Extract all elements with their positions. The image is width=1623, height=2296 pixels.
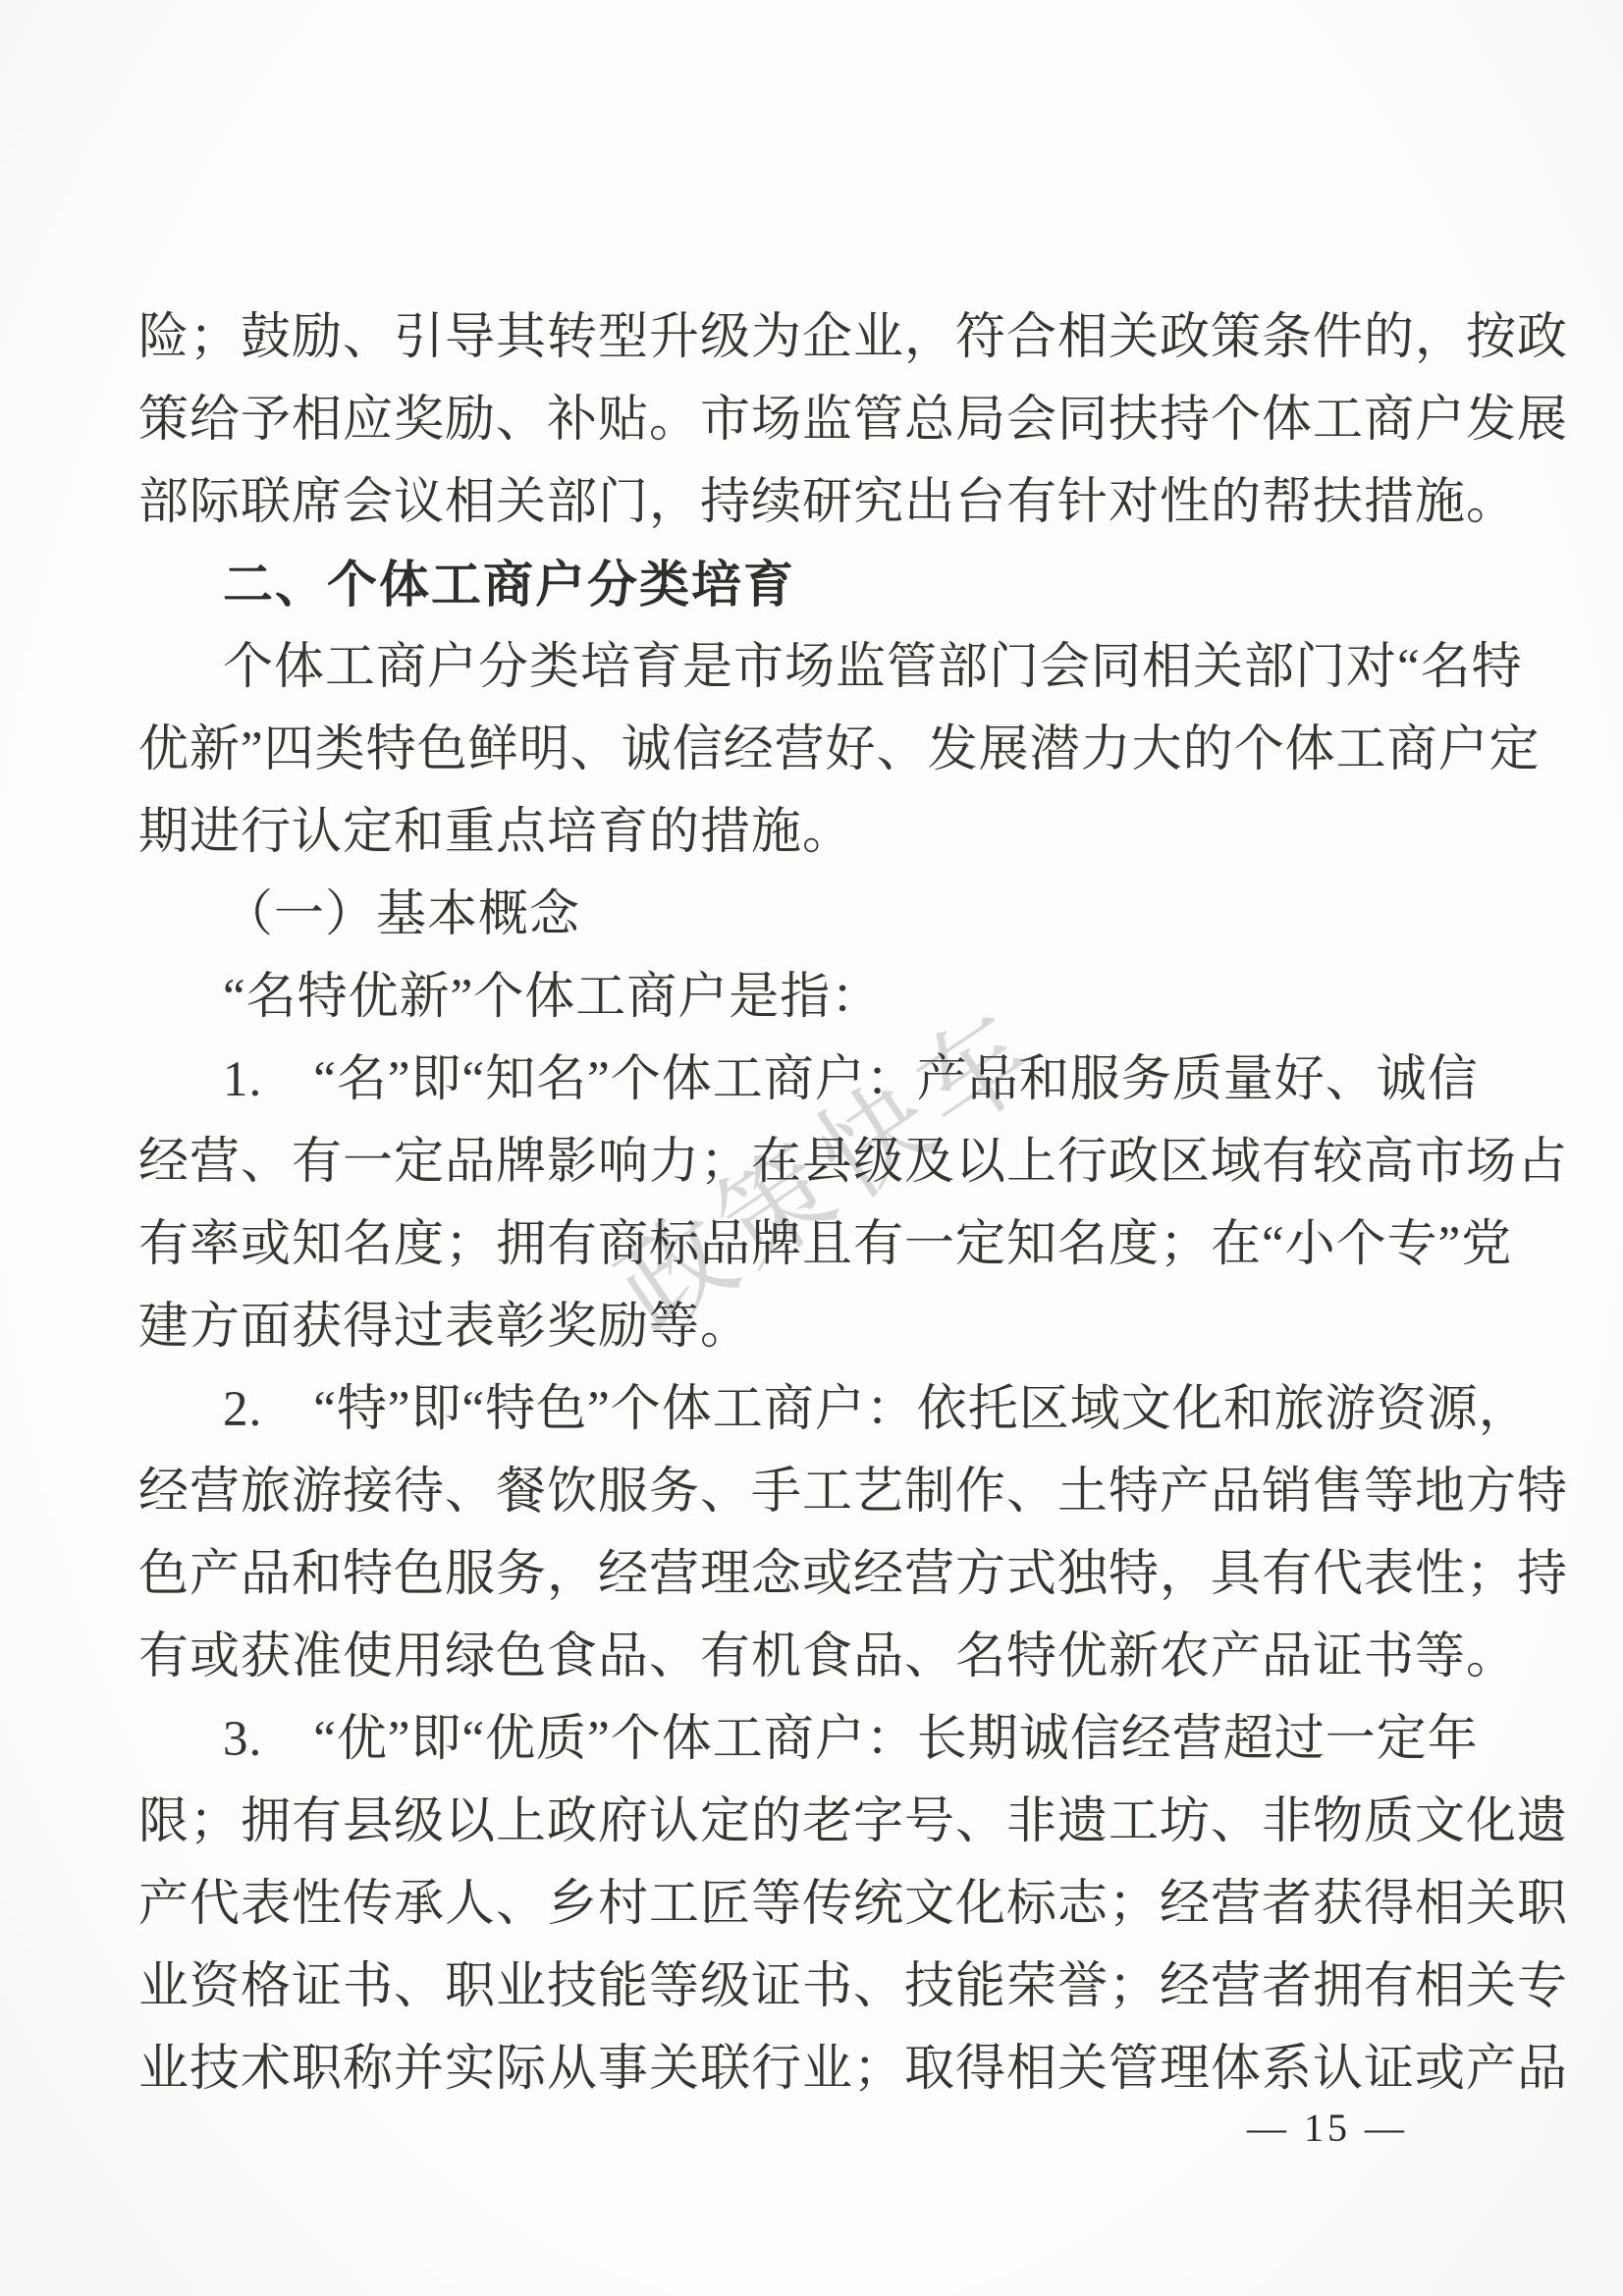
section-heading: 二、个体工商户分类培育 bbox=[138, 544, 1486, 626]
text-line: 建方面获得过表彰奖励等。 bbox=[138, 1286, 1486, 1368]
text-line: 策给予相应奖励、补贴。市场监管总局会同扶持个体工商户发展 bbox=[138, 379, 1486, 461]
text-line: 产代表性传承人、乡村工匠等传统文化标志；经营者获得相关职 bbox=[138, 1863, 1486, 1946]
text-line: 有或获准使用绿色食品、有机食品、名特优新农产品证书等。 bbox=[138, 1616, 1486, 1698]
text-line: 3. “优”即“优质”个体工商户：长期诚信经营超过一定年 bbox=[138, 1698, 1486, 1781]
text-line: 有率或知名度；拥有商标品牌且有一定知名度；在“小个专”党 bbox=[138, 1203, 1486, 1286]
text-line: 期进行认定和重点培育的措施。 bbox=[138, 791, 1486, 874]
text-line: 险；鼓励、引导其转型升级为企业，符合相关政策条件的，按政 bbox=[138, 296, 1486, 379]
subsection-heading: （一）基本概念 bbox=[138, 874, 1486, 956]
text-line: 业技术职称并实际从事关联行业；取得相关管理体系认证或产品 bbox=[138, 2028, 1486, 2110]
document-page: 政策快车 险；鼓励、引导其转型升级为企业，符合相关政策条件的，按政 策给予相应奖… bbox=[0, 0, 1623, 2296]
text-line: 2. “特”即“特色”个体工商户：依托区域文化和旅游资源， bbox=[138, 1368, 1486, 1451]
document-body: 险；鼓励、引导其转型升级为企业，符合相关政策条件的，按政 策给予相应奖励、补贴。… bbox=[138, 296, 1486, 2110]
text-line: 部际联席会议相关部门，持续研究出台有针对性的帮扶措施。 bbox=[138, 461, 1486, 544]
text-line: 经营、有一定品牌影响力；在县级及以上行政区域有较高市场占 bbox=[138, 1121, 1486, 1203]
text-line: “名特优新”个体工商户是指： bbox=[138, 956, 1486, 1039]
text-line: 限；拥有县级以上政府认定的老字号、非遗工坊、非物质文化遗 bbox=[138, 1781, 1486, 1863]
text-line: 色产品和特色服务，经营理念或经营方式独特，具有代表性；持 bbox=[138, 1533, 1486, 1616]
text-line: 经营旅游接待、餐饮服务、手工艺制作、土特产品销售等地方特 bbox=[138, 1451, 1486, 1533]
text-line: 业资格证书、职业技能等级证书、技能荣誉；经营者拥有相关专 bbox=[138, 1946, 1486, 2028]
text-line: 个体工商户分类培育是市场监管部门会同相关部门对“名特 bbox=[138, 626, 1486, 709]
text-line: 1. “名”即“知名”个体工商户：产品和服务质量好、诚信 bbox=[138, 1039, 1486, 1121]
text-line: 优新”四类特色鲜明、诚信经营好、发展潜力大的个体工商户定 bbox=[138, 709, 1486, 791]
page-number: — 15 — bbox=[1247, 2105, 1408, 2151]
